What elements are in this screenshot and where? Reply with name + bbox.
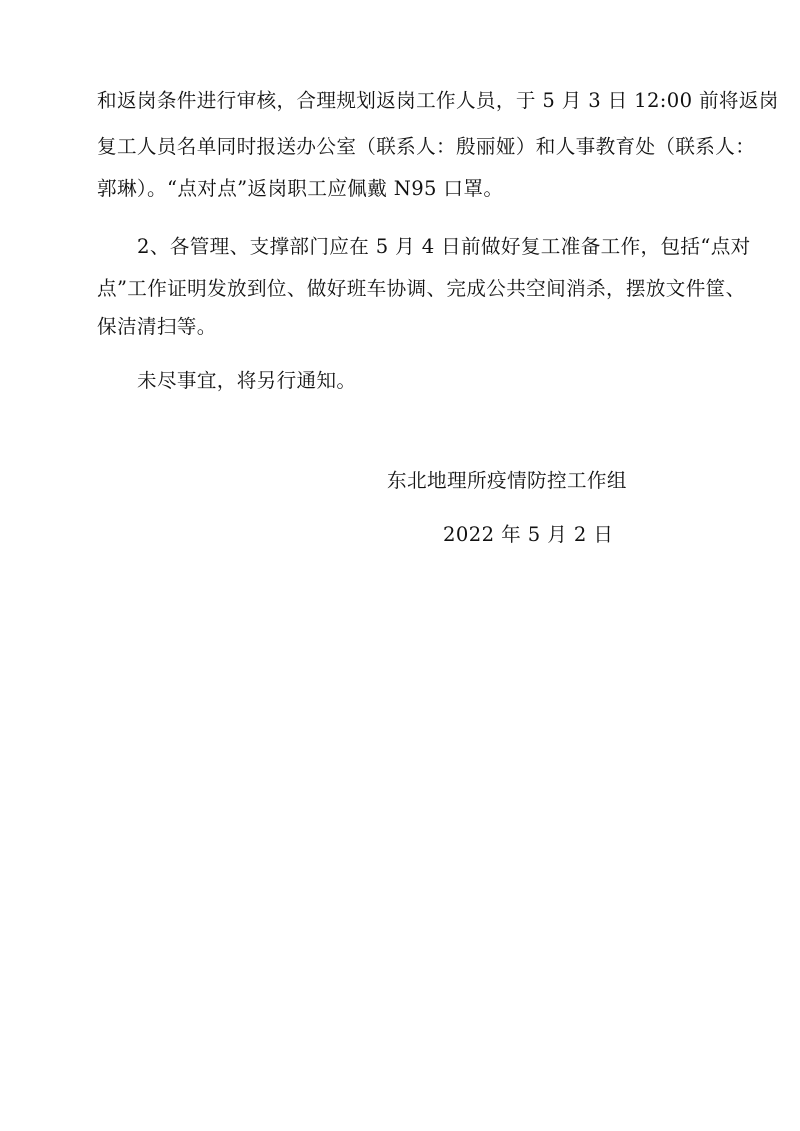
paragraph-1-line-1: 和返岗条件进行审核，合理规划返岗工作人员，于 5 月 3 日 12:00 前将返…	[97, 89, 705, 113]
closing-remark: 未尽事宜，将另行通知。	[137, 369, 745, 393]
paragraph-2-line-2: 点”工作证明发放到位、做好班车协调、完成公共空间消杀，摆放文件筐、	[97, 277, 705, 301]
paragraph-2-line-3: 保洁清扫等。	[97, 315, 705, 339]
paragraph-1-line-2: 复工人员名单同时报送办公室（联系人：殷丽娅）和人事教育处（联系人：	[97, 135, 705, 159]
document-page: 和返岗条件进行审核，合理规划返岗工作人员，于 5 月 3 日 12:00 前将返…	[0, 0, 800, 1131]
paragraph-2-line-1: 2、各管理、支撑部门应在 5 月 4 日前做好复工准备工作，包括“点对	[137, 235, 745, 259]
signature-date: 2022 年 5 月 2 日	[443, 523, 613, 547]
signature-organization: 东北地理所疫情防控工作组	[387, 469, 627, 493]
paragraph-1-line-3: 郭琳）。“点对点”返岗职工应佩戴 N95 口罩。	[97, 177, 705, 201]
